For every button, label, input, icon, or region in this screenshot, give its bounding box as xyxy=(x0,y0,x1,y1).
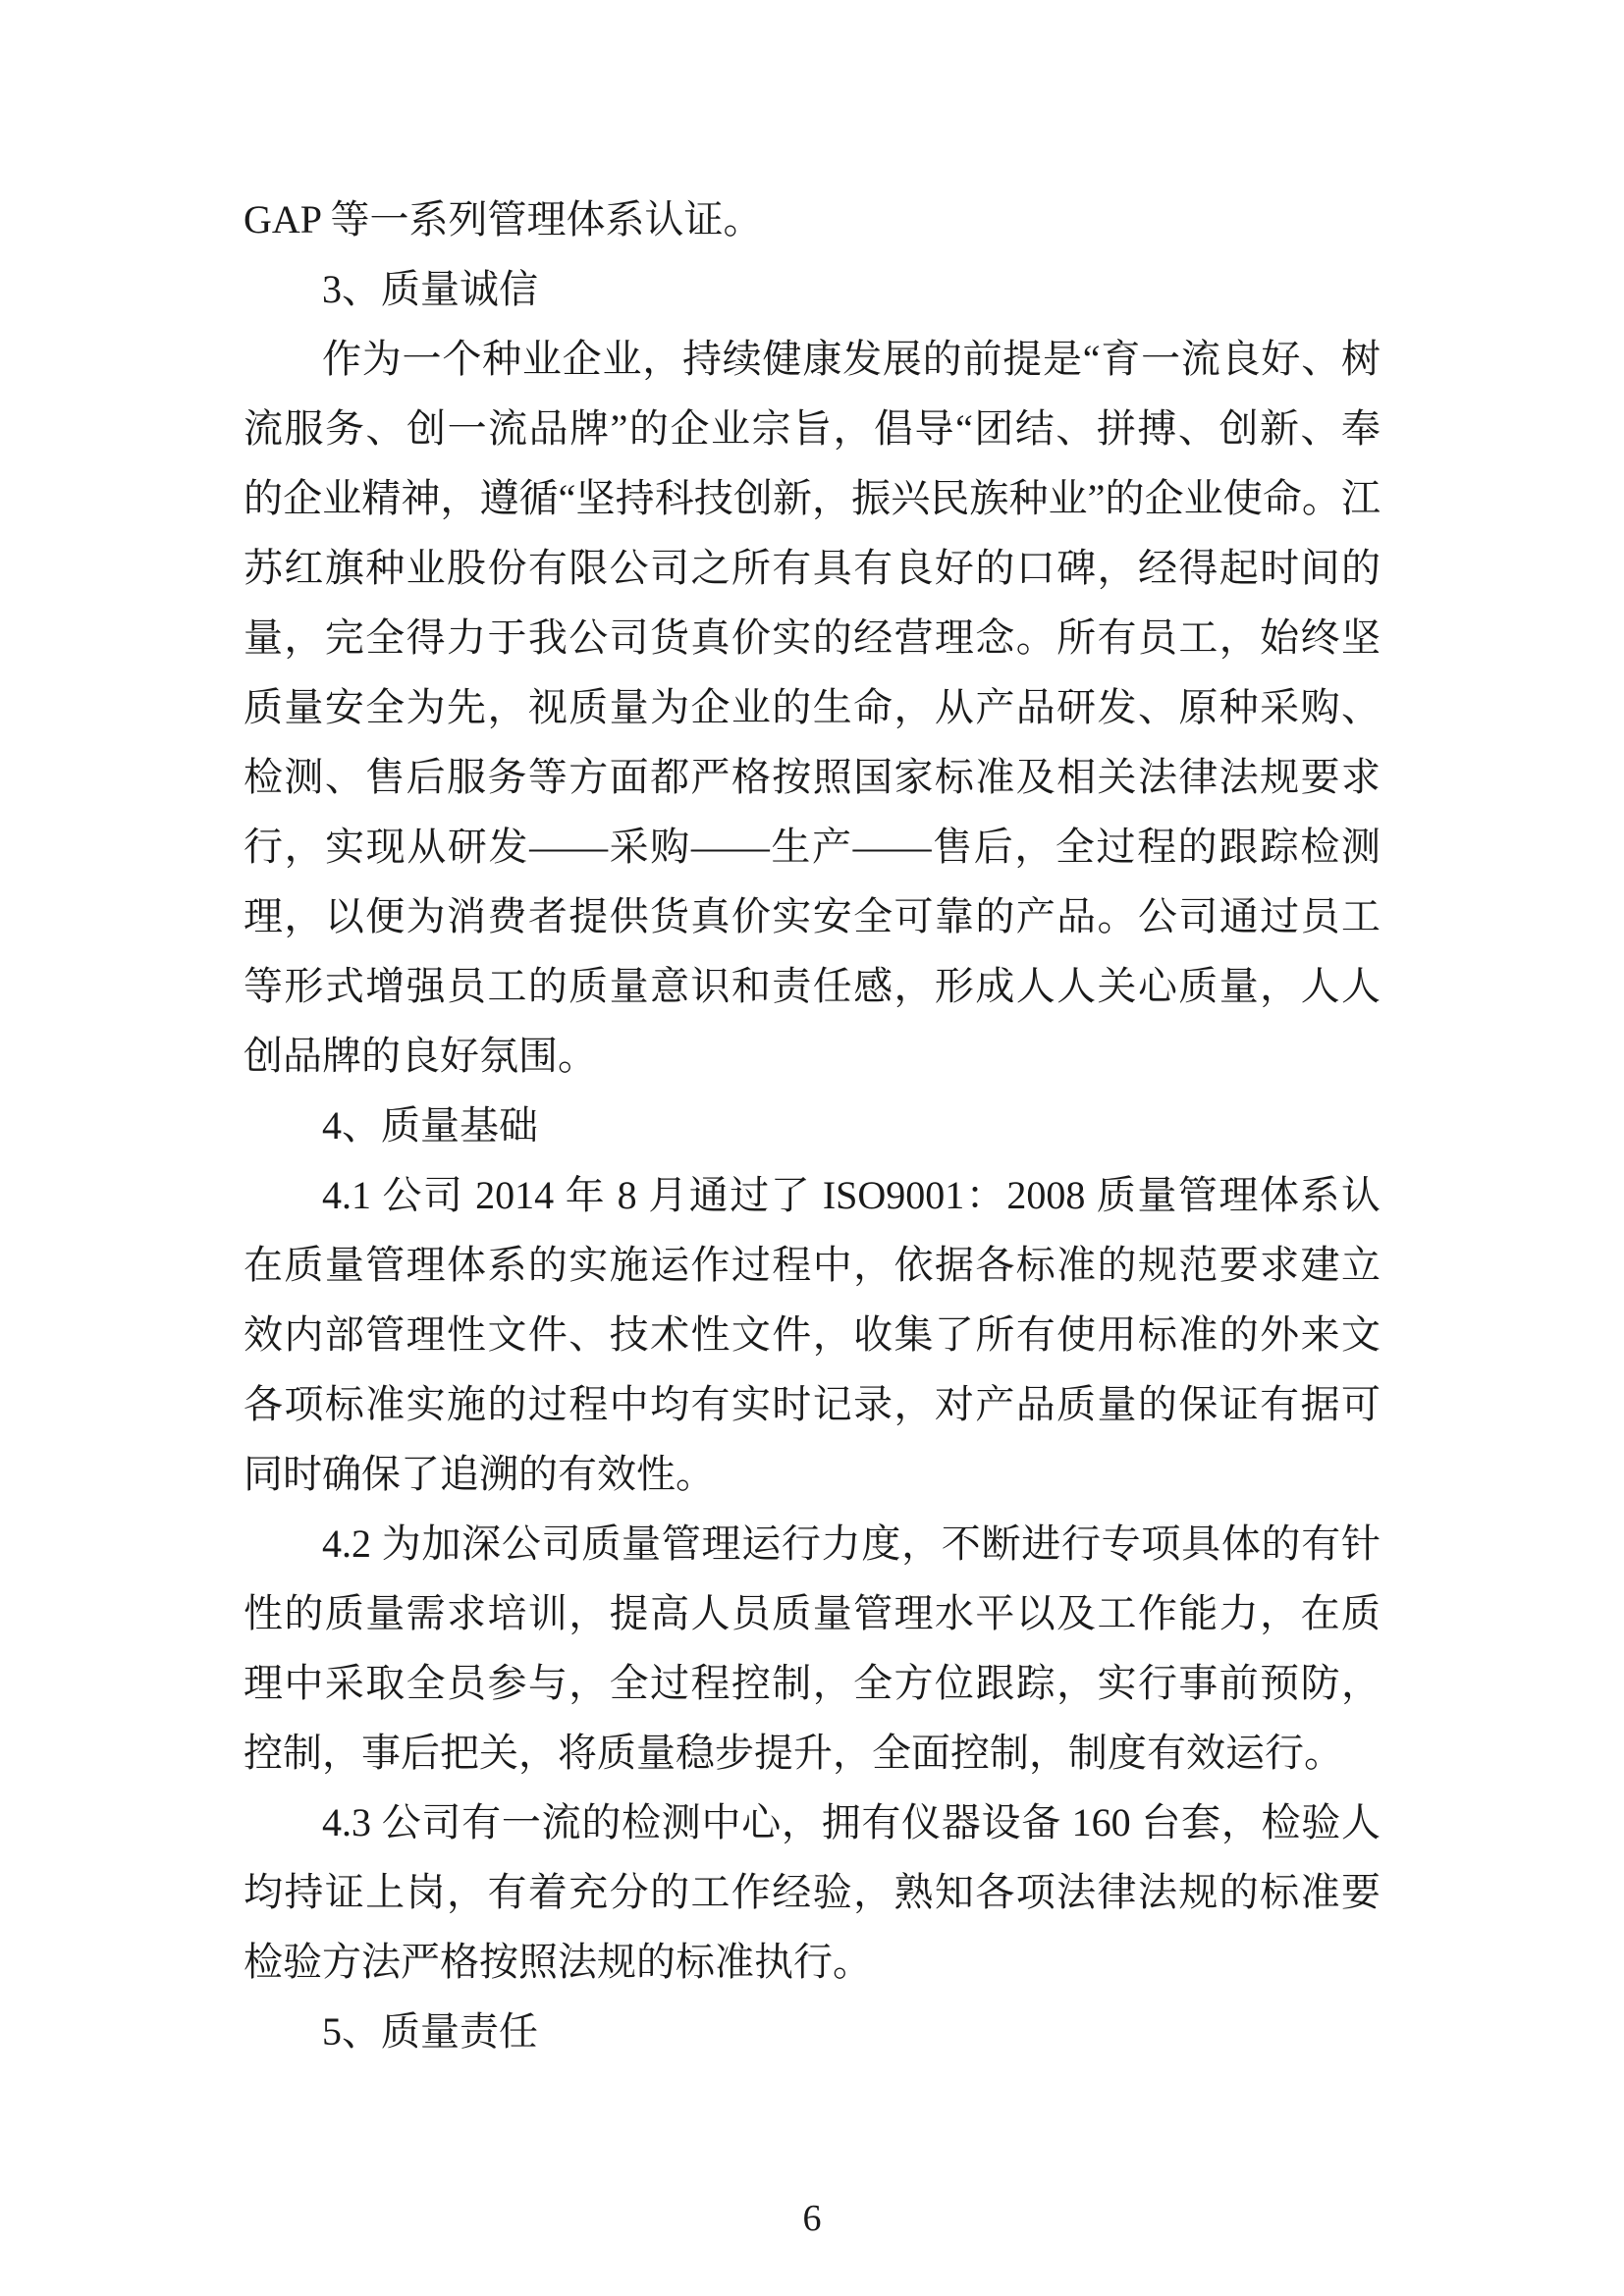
text-line: 效内部管理性文件、技术性文件，收集了所有使用标准的外来文件， xyxy=(244,1300,1380,1369)
text-line: 性的质量需求培训，提高人员质量管理水平以及工作能力，在质量管 xyxy=(244,1578,1380,1648)
text-line: 检验方法严格按照法规的标准执行。 xyxy=(244,1927,1380,1997)
text-line: 流服务、创一流品牌”的企业宗旨，倡导“团结、拼搏、创新、奉献” xyxy=(244,394,1380,463)
page-number: 6 xyxy=(0,2197,1624,2240)
text-line: 作为一个种业企业，持续健康发展的前提是“育一流良好、树一 xyxy=(244,324,1380,394)
text-line: 同时确保了追溯的有效性。 xyxy=(244,1439,1380,1509)
text-line: 质量安全为先，视质量为企业的生命，从产品研发、原种采购、良种 xyxy=(244,672,1380,742)
text-line: 量，完全得力于我公司货真价实的经营理念。所有员工，始终坚持以 xyxy=(244,603,1380,672)
text-line: 4.2 为加深公司质量管理运行力度，不断进行专项具体的有针对 xyxy=(244,1509,1380,1578)
text-line: 创品牌的良好氛围。 xyxy=(244,1021,1380,1091)
text-line: 各项标准实施的过程中均有实时记录，对产品质量的保证有据可查， xyxy=(244,1369,1380,1439)
text-line: 3、质量诚信 xyxy=(244,254,1380,324)
text-line: 的企业精神，遵循“坚持科技创新，振兴民族种业”的企业使命。江 xyxy=(244,463,1380,533)
text-line: 4.1 公司 2014 年 8 月通过了 ISO9001：2008 质量管理体系… xyxy=(244,1160,1380,1230)
text-line: 苏红旗种业股份有限公司之所有具有良好的口碑，经得起时间的考 xyxy=(244,533,1380,603)
text-line: 均持证上岗，有着充分的工作经验，熟知各项法律法规的标准要求， xyxy=(244,1857,1380,1927)
text-line: 控制，事后把关，将质量稳步提升，全面控制，制度有效运行。 xyxy=(244,1718,1380,1788)
text-line: 理中采取全员参与，全过程控制，全方位跟踪，实行事前预防，事中 xyxy=(244,1648,1380,1718)
text-line: 检测、售后服务等方面都严格按照国家标准及相关法律法规要求执 xyxy=(244,742,1380,812)
text-line: 在质量管理体系的实施运作过程中，依据各标准的规范要求建立了有 xyxy=(244,1230,1380,1300)
text-line: 5、质量责任 xyxy=(244,1997,1380,2066)
text-line: GAP 等一系列管理体系认证。 xyxy=(244,185,1380,254)
text-line: 4.3 公司有一流的检测中心，拥有仪器设备 160 台套，检验人员 xyxy=(244,1788,1380,1857)
document-body: GAP 等一系列管理体系认证。3、质量诚信作为一个种业企业，持续健康发展的前提是… xyxy=(244,185,1380,2066)
text-line: 等形式增强员工的质量意识和责任感，形成人人关心质量，人人有责 xyxy=(244,951,1380,1021)
text-line: 4、质量基础 xyxy=(244,1091,1380,1160)
text-line: 行，实现从研发——采购——生产——售后，全过程的跟踪检测及管 xyxy=(244,812,1380,881)
text-line: 理，以便为消费者提供货真价实安全可靠的产品。公司通过员工培训 xyxy=(244,881,1380,951)
document-page: GAP 等一系列管理体系认证。3、质量诚信作为一个种业企业，持续健康发展的前提是… xyxy=(0,0,1624,2296)
